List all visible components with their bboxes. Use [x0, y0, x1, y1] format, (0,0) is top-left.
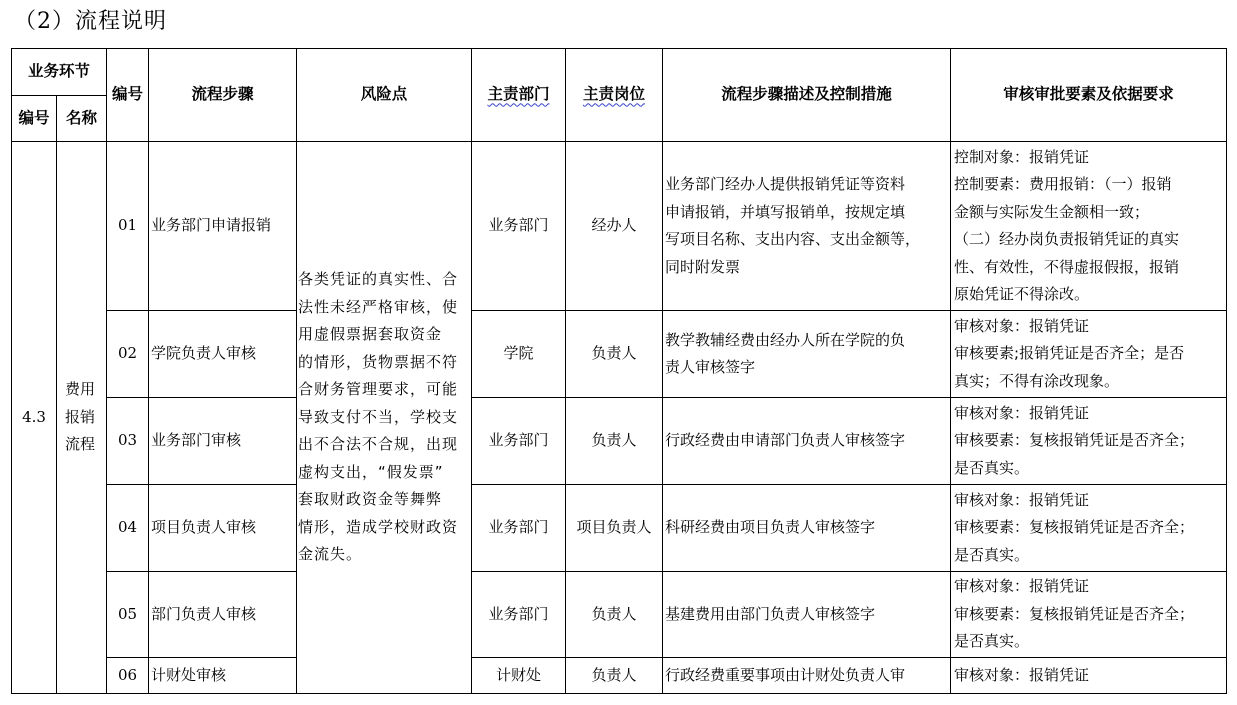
dept: 业务部门 [472, 398, 566, 485]
req-line: 审核对象：报销凭证 [954, 400, 1226, 428]
desc: 行政经费由申请部门负责人审核签字 [663, 398, 951, 485]
desc: 教学教辅经费由经办人所在学院的负 责人审核签字 [663, 311, 951, 398]
post: 负责人 [566, 311, 663, 398]
desc-line: 申请报销，并填写报销单，按规定填 [665, 199, 950, 227]
header-post-label: 主责岗位 [583, 85, 645, 103]
req-line: 是否真实。 [954, 628, 1226, 656]
step-no: 06 [107, 658, 149, 694]
header-step-no: 编号 [107, 49, 149, 142]
table-row: 05 部门负责人审核 业务部门 负责人 基建费用由部门负责人审核签字 审核对象：… [12, 572, 1227, 658]
table-row: 03 业务部门审核 业务部门 负责人 行政经费由申请部门负责人审核签字 审核对象… [12, 398, 1227, 485]
step-no: 01 [107, 142, 149, 311]
step-name: 业务部门申请报销 [149, 142, 297, 311]
post: 负责人 [566, 572, 663, 658]
section-name: 费用 报销 流程 [57, 142, 107, 694]
desc-line: 写项目名称、支出内容、支出金额等， [665, 226, 950, 254]
dept: 计财处 [472, 658, 566, 694]
header-dept-label: 主责部门 [488, 85, 550, 103]
header-business-link: 业务环节 [12, 49, 107, 96]
req-line: 审核对象：报销凭证 [954, 573, 1226, 601]
risk-line: 出不合法不合规，出现 [298, 431, 470, 459]
dept: 学院 [472, 311, 566, 398]
table-row: 4.3 费用 报销 流程 01 业务部门申请报销 各类凭证的真实性、合 法性未经… [12, 142, 1227, 311]
req-line: 审核要素：复核报销凭证是否齐全； [954, 427, 1226, 455]
step-name: 部门负责人审核 [149, 572, 297, 658]
risk-line: 金流失。 [298, 541, 470, 569]
desc-line: 业务部门经办人提供报销凭证等资料 [665, 171, 950, 199]
risk-line: 各类凭证的真实性、合 [298, 266, 470, 294]
table-row: 02 学院负责人审核 学院 负责人 教学教辅经费由经办人所在学院的负 责人审核签… [12, 311, 1227, 398]
section-title: （2）流程说明 [14, 4, 167, 35]
req-line: 原始凭证不得涂改。 [954, 281, 1226, 309]
req-line: 控制对象：报销凭证 [954, 144, 1226, 172]
table-row: 06 计财处审核 计财处 负责人 行政经费重要事项由计财处负责人审 审核对象：报… [12, 658, 1227, 694]
header-link-no: 编号 [12, 96, 57, 142]
header-link-name: 名称 [57, 96, 107, 142]
desc-line: 同时附发票 [665, 254, 950, 282]
dept: 业务部门 [472, 142, 566, 311]
risk-line: 套取财政资金等舞弊 [298, 486, 470, 514]
dept: 业务部门 [472, 485, 566, 572]
req: 控制对象：报销凭证 控制要素：费用报销：（一）报销 金额与实际发生金额相一致； … [951, 142, 1227, 311]
desc: 科研经费由项目负责人审核签字 [663, 485, 951, 572]
req-line: 审核对象：报销凭证 [954, 487, 1226, 515]
req: 审核对象：报销凭证 审核要素;报销凭证是否齐全；是否 真实；不得有涂改现象。 [951, 311, 1227, 398]
risk-line: 的情形，货物票据不符 [298, 349, 470, 377]
post: 项目负责人 [566, 485, 663, 572]
post: 负责人 [566, 658, 663, 694]
req-line: 真实；不得有涂改现象。 [954, 368, 1226, 396]
table-row: 04 项目负责人审核 业务部门 项目负责人 科研经费由项目负责人审核签字 审核对… [12, 485, 1227, 572]
section-name-line: 费用 [65, 376, 106, 404]
req-line: 审核要素：复核报销凭证是否齐全； [954, 601, 1226, 629]
desc: 基建费用由部门负责人审核签字 [663, 572, 951, 658]
req-line: 是否真实。 [954, 455, 1226, 483]
step-name: 计财处审核 [149, 658, 297, 694]
risk-line: 合财务管理要求，可能 [298, 376, 470, 404]
header-req: 审核审批要素及依据要求 [951, 49, 1227, 142]
section-name-line: 流程 [65, 431, 106, 459]
step-no: 05 [107, 572, 149, 658]
req-line: 控制要素：费用报销：（一）报销 [954, 171, 1226, 199]
req-line: 是否真实。 [954, 542, 1226, 570]
req-line: 审核要素;报销凭证是否齐全；是否 [954, 340, 1226, 368]
risk-cell: 各类凭证的真实性、合 法性未经严格审核，使 用虚假票据套取资金 的情形，货物票据… [297, 142, 472, 694]
risk-line: 情形，造成学校财政资 [298, 514, 470, 542]
risk-line: 法性未经严格审核，使 [298, 294, 470, 322]
desc-line: 行政经费重要事项由计财处负责人审 [665, 662, 950, 690]
desc-line: 教学教辅经费由经办人所在学院的负 [665, 327, 950, 355]
desc-line: 责人审核签字 [665, 354, 950, 382]
desc-line: 科研经费由项目负责人审核签字 [665, 514, 950, 542]
req-line: 审核要素：复核报销凭证是否齐全； [954, 514, 1226, 542]
req-line: （二）经办岗负责报销凭证的真实 [954, 226, 1226, 254]
req-line: 性、有效性，不得虚报假报，报销 [954, 254, 1226, 282]
desc: 行政经费重要事项由计财处负责人审 [663, 658, 951, 694]
step-name: 项目负责人审核 [149, 485, 297, 572]
header-risk: 风险点 [297, 49, 472, 142]
desc: 业务部门经办人提供报销凭证等资料 申请报销，并填写报销单，按规定填 写项目名称、… [663, 142, 951, 311]
post: 负责人 [566, 398, 663, 485]
risk-line: 用虚假票据套取资金 [298, 321, 470, 349]
req: 审核对象：报销凭证 [951, 658, 1227, 694]
risk-line: 导致支付不当，学校支 [298, 404, 470, 432]
step-name: 学院负责人审核 [149, 311, 297, 398]
req-line: 审核对象：报销凭证 [954, 662, 1226, 690]
req-line: 金额与实际发生金额相一致； [954, 199, 1226, 227]
header-dept: 主责部门 [472, 49, 566, 142]
req: 审核对象：报销凭证 审核要素：复核报销凭证是否齐全； 是否真实。 [951, 485, 1227, 572]
post: 经办人 [566, 142, 663, 311]
step-no: 04 [107, 485, 149, 572]
step-no: 02 [107, 311, 149, 398]
header-desc: 流程步骤描述及控制措施 [663, 49, 951, 142]
risk-line: 虚构支出，“假发票” [298, 459, 470, 487]
req-line: 审核对象：报销凭证 [954, 313, 1226, 341]
section-no: 4.3 [12, 142, 57, 694]
dept: 业务部门 [472, 572, 566, 658]
step-no: 03 [107, 398, 149, 485]
process-table: 业务环节 编号 流程步骤 风险点 主责部门 主责岗位 流程步骤描述及控制措施 审… [11, 48, 1227, 694]
header-post: 主责岗位 [566, 49, 663, 142]
step-name: 业务部门审核 [149, 398, 297, 485]
req: 审核对象：报销凭证 审核要素：复核报销凭证是否齐全； 是否真实。 [951, 398, 1227, 485]
desc-line: 基建费用由部门负责人审核签字 [665, 601, 950, 629]
section-name-line: 报销 [65, 404, 106, 432]
desc-line: 行政经费由申请部门负责人审核签字 [665, 427, 950, 455]
req: 审核对象：报销凭证 审核要素：复核报销凭证是否齐全； 是否真实。 [951, 572, 1227, 658]
header-step: 流程步骤 [149, 49, 297, 142]
